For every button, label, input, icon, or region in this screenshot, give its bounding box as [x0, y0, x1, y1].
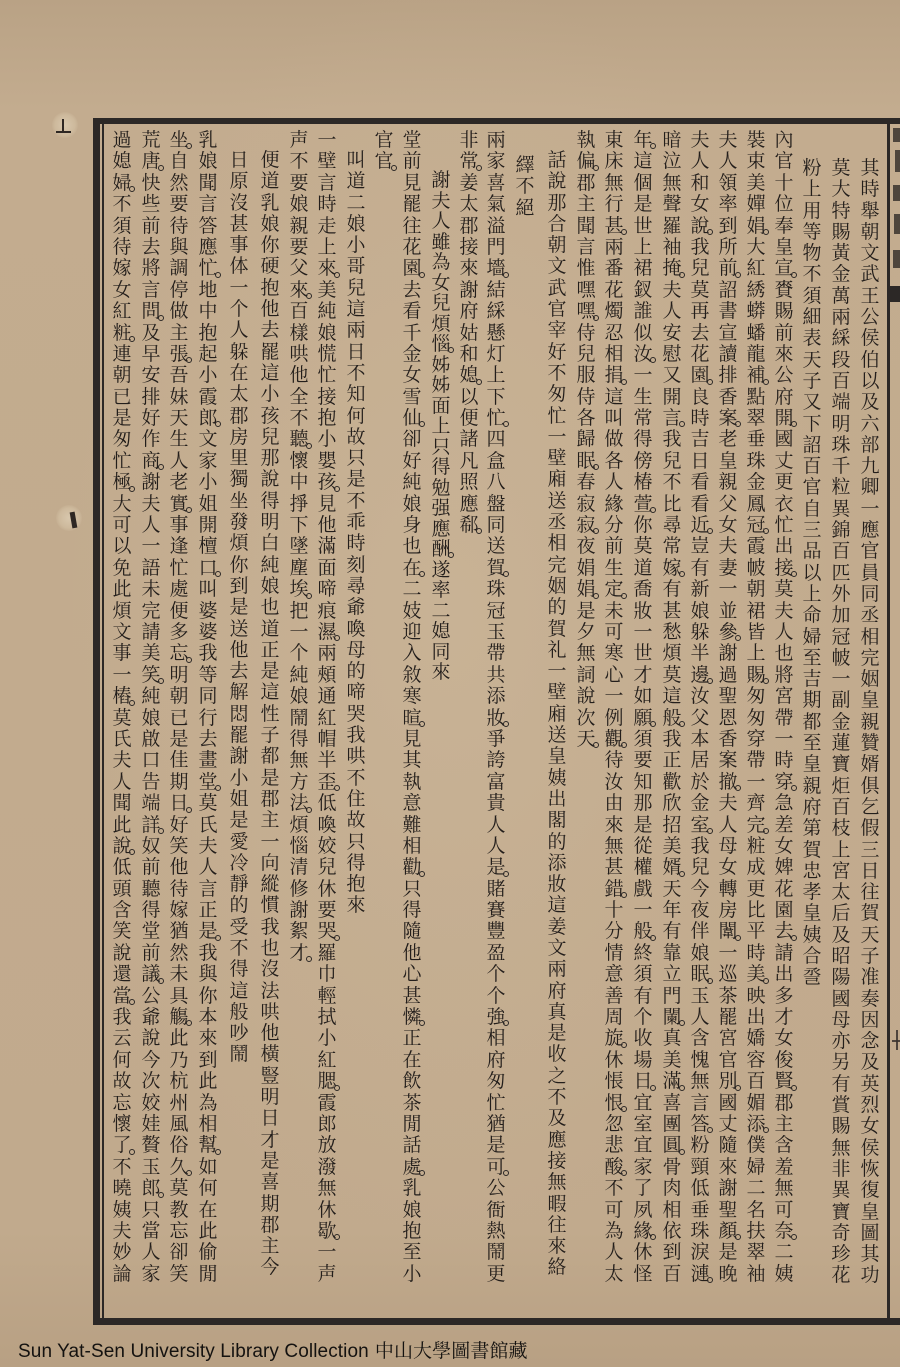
character: 無: [287, 750, 311, 771]
character: 嬋: [744, 194, 768, 215]
character: 慌: [315, 344, 339, 365]
character: 玉: [139, 1157, 163, 1178]
character: 抱: [196, 323, 220, 344]
character: 盒: [484, 451, 508, 472]
character: 接: [315, 387, 339, 408]
character: 分: [602, 515, 626, 536]
character: 燭: [602, 301, 626, 322]
character: 下: [484, 387, 508, 408]
character: 叫: [196, 579, 220, 600]
character: 送: [545, 491, 569, 512]
text-column-15: 非常姜太郡接來謝府姑和媳以便諸凡照應郗: [457, 130, 481, 536]
character: 愧: [688, 1050, 712, 1071]
character: 美: [139, 643, 163, 664]
character: 垂: [744, 429, 768, 450]
character: 慰: [660, 344, 684, 365]
character: 媚: [744, 1093, 768, 1114]
character: 俱: [858, 776, 882, 797]
character: 文: [545, 938, 569, 959]
character: 論: [110, 1264, 134, 1285]
character: 看: [400, 301, 424, 322]
character: 宮: [716, 1028, 740, 1049]
character: 紅: [315, 708, 339, 729]
character: 些: [139, 194, 163, 215]
character: 門: [484, 237, 508, 258]
character: 子: [858, 946, 882, 967]
character: 尋: [660, 515, 684, 536]
character: 非: [829, 1159, 853, 1180]
character: 聖: [716, 1200, 740, 1221]
character: 匹: [829, 563, 853, 584]
character: 甚: [602, 857, 626, 878]
character: 般: [227, 1002, 251, 1023]
character: 夫: [110, 750, 134, 771]
character: 要: [287, 173, 311, 194]
character: 一: [858, 499, 882, 520]
character: 文: [545, 256, 569, 277]
character: 不: [800, 264, 824, 285]
character: 請: [139, 622, 163, 643]
character: 有: [829, 1074, 853, 1095]
character: 忙: [167, 558, 191, 579]
character: 侯: [858, 328, 882, 349]
character: 妹: [167, 387, 191, 408]
character: 清: [287, 857, 311, 878]
character: 又: [660, 365, 684, 386]
character: 佳: [167, 750, 191, 771]
character: 翠: [744, 1242, 768, 1263]
character: 添: [484, 686, 508, 707]
character: 是: [545, 1023, 569, 1044]
character: 有: [660, 921, 684, 942]
character: 公: [139, 986, 163, 1007]
character: 婿: [858, 754, 882, 775]
character: 收: [545, 1044, 569, 1065]
character: 的: [227, 895, 251, 916]
character: 命: [800, 605, 824, 626]
character: 絕: [513, 198, 537, 219]
character: 奴: [139, 836, 163, 857]
character: 輕: [315, 986, 339, 1007]
character: 來: [772, 344, 796, 365]
character: 花: [772, 879, 796, 900]
character: 金: [829, 264, 853, 285]
character: 意: [602, 964, 626, 985]
character: 急: [772, 793, 796, 814]
character: 二: [744, 1178, 768, 1199]
character: 郎: [315, 1114, 339, 1135]
character: 妙: [110, 1242, 134, 1263]
character: 壁: [315, 151, 339, 172]
character: 年: [660, 900, 684, 921]
character: 為: [429, 252, 453, 273]
character: 是: [631, 194, 655, 215]
character: 真: [545, 1002, 569, 1023]
character: 上: [829, 840, 853, 861]
character: 十: [602, 900, 626, 921]
character: 宮: [772, 686, 796, 707]
character: 有: [631, 986, 655, 1007]
character: 然: [167, 943, 191, 964]
character: 賀: [545, 619, 569, 640]
character: 侍: [574, 387, 598, 408]
character: 寒: [602, 643, 626, 664]
character: 朝: [110, 365, 134, 386]
character: 物: [800, 243, 824, 264]
character: 悲: [602, 1135, 626, 1156]
character: 也: [772, 643, 796, 664]
character: 聞: [196, 173, 220, 194]
character: 只: [429, 437, 453, 458]
character: 姊: [429, 355, 453, 376]
text-column-12: 話說那合朝文武官宰好不匆忙一壁廂送丞相完姻的賀礼一壁廂送皇姨出閣的添妝這姜文兩府…: [545, 150, 569, 1279]
character: 釵: [631, 280, 655, 301]
character: 皇: [858, 690, 882, 711]
character: 一: [716, 579, 740, 600]
character: 贅: [139, 1135, 163, 1156]
character: 喚: [344, 619, 368, 640]
character: 凡: [457, 451, 481, 472]
character: 陽: [829, 967, 853, 988]
character: 須: [110, 216, 134, 237]
character: 賀: [858, 903, 882, 924]
character: 骨: [660, 1157, 684, 1178]
character: 莫: [110, 708, 134, 729]
character: 和: [688, 173, 712, 194]
character: 端: [139, 793, 163, 814]
binding-hole-top: [52, 112, 78, 138]
character: 太: [227, 384, 251, 405]
character: 我: [110, 1007, 134, 1028]
character: 道: [258, 171, 282, 192]
character: 吵: [227, 1023, 251, 1044]
character: 為: [196, 1093, 220, 1114]
text-column-23: 日原沒甚事体一个人躲在太郡房里獨坐發煩你到是送他去解悶罷謝小姐是愛冷靜的受不得這…: [227, 150, 251, 1066]
character: 面: [429, 396, 453, 417]
text-column-27: 過媳婦不須待嫁女紅粧連朝已是匆忙極大可以免此煩文事一樁莫氏夫人聞此說低頭含笑說還…: [110, 130, 134, 1285]
character: 答: [196, 216, 220, 237]
character: 姑: [457, 323, 481, 344]
character: 曉: [110, 1178, 134, 1199]
text-column-8: 暗泣無聲羅袖掩夫人安慰又開言我兒不比尋常嫁有甚愁煩莫這般我正歡欣招美婿天年有靠立…: [660, 130, 684, 1285]
character: 語: [139, 558, 163, 579]
character: 更: [772, 472, 796, 493]
character: 連: [110, 344, 134, 365]
character: 也: [258, 597, 282, 618]
character: 居: [688, 750, 712, 771]
character: 得: [631, 429, 655, 450]
fold-margin-title-glyph-fragment: [894, 214, 900, 234]
character: 出: [744, 1007, 768, 1028]
character: 共: [484, 665, 508, 686]
character: 潑: [315, 1157, 339, 1178]
character: 話: [400, 1135, 424, 1156]
character: 舉: [858, 201, 882, 222]
character: 皇: [772, 237, 796, 258]
character: 似: [631, 323, 655, 344]
character: 來: [457, 258, 481, 279]
text-column-1: 其時舉朝文武王公侯伯以及六部九卿一應官員同丞相完姻皇親贊婿俱乞假三日往賀天子准奏…: [858, 158, 882, 1287]
character: 無: [315, 1178, 339, 1199]
character: 此: [196, 1221, 220, 1242]
character: 過: [716, 665, 740, 686]
character: 到: [227, 576, 251, 597]
character: 招: [660, 815, 684, 836]
character: 親: [716, 472, 740, 493]
character: 朝: [744, 579, 768, 600]
character: 本: [688, 729, 712, 750]
character: 兩: [829, 307, 853, 328]
character: 添: [545, 853, 569, 874]
character: 妓: [400, 601, 424, 622]
character: 由: [602, 793, 626, 814]
character: 在: [400, 1050, 424, 1071]
character: 大: [110, 494, 134, 515]
character: 娘: [344, 214, 368, 235]
character: 送: [484, 536, 508, 557]
character: 尋: [344, 576, 368, 597]
character: 低: [315, 793, 339, 814]
character: 已: [110, 387, 134, 408]
character: 娘: [258, 576, 282, 597]
character: 是: [227, 597, 251, 618]
character: 春: [574, 472, 598, 493]
character: 豈: [688, 536, 712, 557]
character: 宣: [716, 323, 740, 344]
character: 皇: [545, 746, 569, 767]
character: 賭: [484, 879, 508, 900]
character: 停: [167, 280, 191, 301]
character: 兒: [344, 278, 368, 299]
character: 府: [484, 1050, 508, 1071]
character: 可: [110, 515, 134, 536]
character: 娘: [196, 151, 220, 172]
character: 一: [315, 130, 339, 151]
character: 肉: [660, 1178, 684, 1199]
character: 比: [744, 900, 768, 921]
character: 是: [716, 1242, 740, 1263]
character: 羅: [315, 943, 339, 964]
character: 小: [315, 1028, 339, 1049]
character: 檀: [196, 536, 220, 557]
character: 須: [631, 729, 655, 750]
character: 壁: [545, 682, 569, 703]
character: 女: [110, 280, 134, 301]
character: 千: [829, 456, 853, 477]
character: 煩: [429, 314, 453, 335]
character: 郡: [258, 1215, 282, 1236]
character: 然: [167, 173, 191, 194]
character: 香: [716, 387, 740, 408]
character: 多: [167, 622, 191, 643]
character: 送: [545, 725, 569, 746]
character: 女: [858, 1116, 882, 1137]
character: 准: [858, 967, 882, 988]
character: 小: [196, 365, 220, 386]
character: 堂: [139, 921, 163, 942]
character: 在: [196, 1200, 220, 1221]
character: 寶: [829, 1202, 853, 1223]
character: 告: [139, 772, 163, 793]
character: 縱: [258, 874, 282, 895]
character: 心: [602, 665, 626, 686]
character: 府: [457, 301, 481, 322]
character: 家: [484, 151, 508, 172]
character: 無: [574, 643, 598, 664]
character: 當: [139, 1221, 163, 1242]
character: 做: [167, 301, 191, 322]
character: 堂: [400, 130, 424, 151]
character: 夕: [574, 622, 598, 643]
character: 吉: [688, 429, 712, 450]
character: 天: [660, 879, 684, 900]
character: 不: [513, 176, 537, 197]
character: 一: [545, 661, 569, 682]
character: 自: [167, 151, 191, 172]
character: 謝: [457, 280, 481, 301]
character: 啼: [315, 579, 339, 600]
character: 以: [800, 563, 824, 584]
character: 不: [344, 768, 368, 789]
character: 壁: [545, 448, 569, 469]
character: 女: [429, 273, 453, 294]
character: 門: [660, 986, 684, 1007]
character: 例: [602, 708, 626, 729]
character: 偷: [196, 1242, 220, 1263]
character: 盈: [484, 943, 508, 964]
character: 夫: [110, 1221, 134, 1242]
text-column-4: 內官十位奉皇宣賚賜前來公府開國丈更衣忙出接莫夫人也將宮帶一時穿急差女婢花園去請出…: [772, 130, 796, 1285]
character: 詞: [574, 665, 598, 686]
character: 我: [660, 429, 684, 450]
character: 珠: [688, 1221, 712, 1242]
character: 他: [287, 365, 311, 386]
character: 半: [688, 643, 712, 664]
character: 時: [344, 533, 368, 554]
character: 忘: [110, 1093, 134, 1114]
character: 待: [110, 237, 134, 258]
character: 丈: [716, 1114, 740, 1135]
character: 圖: [858, 1223, 882, 1244]
character: 个: [227, 299, 251, 320]
character: 廂: [545, 704, 569, 725]
character: 人: [484, 815, 508, 836]
character: 兒: [315, 857, 339, 878]
character: 聞: [110, 793, 134, 814]
character: 來: [196, 1028, 220, 1049]
character: 低: [110, 857, 134, 878]
character: 夜: [574, 536, 598, 557]
character: 文: [110, 622, 134, 643]
character: 其: [400, 750, 424, 771]
character: 是: [258, 768, 282, 789]
character: 寒: [400, 686, 424, 707]
character: 親: [287, 216, 311, 237]
character: 往: [545, 1215, 569, 1236]
character: 比: [660, 494, 684, 515]
character: 惱: [287, 836, 311, 857]
character: 今: [139, 1050, 163, 1071]
character: 今: [688, 879, 712, 900]
character: 主: [167, 323, 191, 344]
character: 家: [139, 1264, 163, 1285]
character: 一: [139, 536, 163, 557]
character: 愁: [660, 622, 684, 643]
binding-tear-top-base: [56, 131, 71, 133]
character: 黃: [829, 243, 853, 264]
character: 前: [139, 943, 163, 964]
character: 出: [772, 536, 796, 557]
character: 抱: [315, 408, 339, 429]
character: 一: [716, 943, 740, 964]
character: 伯: [858, 350, 882, 371]
character: 我: [660, 729, 684, 750]
character: 不: [344, 491, 368, 512]
character: 容: [744, 1050, 768, 1071]
character: 抱: [258, 278, 282, 299]
character: 含: [772, 1135, 796, 1156]
character: 寂: [574, 494, 598, 515]
character: 去: [688, 323, 712, 344]
character: 卿: [858, 477, 882, 498]
character: 天: [858, 925, 882, 946]
character: 並: [716, 601, 740, 622]
character: 紅: [110, 301, 134, 322]
character: 莫: [688, 280, 712, 301]
character: 十: [772, 173, 796, 194]
character: 不: [602, 1178, 626, 1199]
character: 非: [457, 130, 481, 151]
character: 廂: [545, 469, 569, 490]
character: 鳳: [744, 494, 768, 515]
character: 位: [772, 194, 796, 215]
character: 來: [545, 1236, 569, 1257]
character: 知: [631, 772, 655, 793]
character: 嫁: [167, 900, 191, 921]
character: 莫: [167, 1178, 191, 1199]
character: 教: [167, 1200, 191, 1221]
character: 成: [744, 857, 768, 878]
character: 要: [167, 194, 191, 215]
character: 才: [772, 1007, 796, 1028]
character: 个: [484, 964, 508, 985]
character: 之: [545, 1066, 569, 1087]
character: 人: [602, 472, 626, 493]
character: 這: [258, 363, 282, 384]
character: 故: [344, 427, 368, 448]
character: 羅: [660, 216, 684, 237]
character: 坐: [227, 491, 251, 512]
character: 正: [196, 900, 220, 921]
character: 都: [258, 746, 282, 767]
character: 你: [196, 986, 220, 1007]
character: 起: [196, 344, 220, 365]
character: 美: [660, 836, 684, 857]
character: 母: [829, 1010, 853, 1031]
character: 房: [227, 427, 251, 448]
character: 我: [196, 943, 220, 964]
character: 莫: [660, 665, 684, 686]
character: 皇: [858, 1202, 882, 1223]
character: 官: [372, 130, 396, 151]
character: 一: [631, 622, 655, 643]
character: 言: [196, 194, 220, 215]
character: 人: [484, 836, 508, 857]
character: 嬰: [315, 451, 339, 472]
character: 上: [315, 237, 339, 258]
character: 常: [631, 408, 655, 429]
character: 喬: [631, 579, 655, 600]
